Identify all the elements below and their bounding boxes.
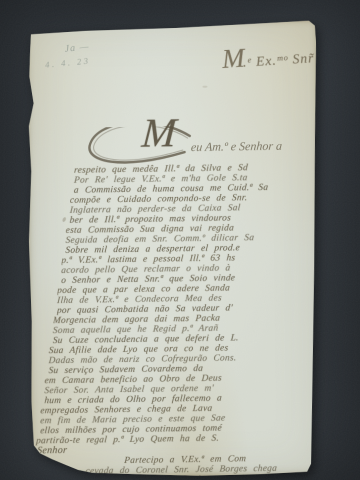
letter-initial: M: [141, 112, 176, 153]
heading-initial: M: [221, 43, 243, 74]
docket-line-2: 4. 4. 23: [45, 55, 91, 69]
closing-line: pello Ajudante Snr. José Soares d'Est: [92, 473, 293, 480]
heading-inscription: M.ᵉ Ex.ᵐᵒ Snr̃: [143, 38, 315, 79]
closing-lines: Partecipo a V.Ex.ª em Comcevada do Coron…: [0, 453, 294, 480]
opening-text: eu Am.º e Senhor a: [190, 139, 282, 155]
letter-body: M eu Am.º e Senhor a respeito que medêa …: [0, 120, 318, 480]
photo-background: Ja — 4. 4. 23 M.ᵉ Ex.ᵐᵒ Snr̃ M eu Am.º e…: [0, 0, 360, 480]
manuscript-page: Ja — 4. 4. 23 M.ᵉ Ex.ᵐᵒ Snr̃ M eu Am.º e…: [26, 19, 322, 480]
manuscript-lines: respeito que medêa Ill.ª da Silva e SdPo…: [3, 162, 315, 447]
opening-line: M eu Am.º e Senhor a: [24, 120, 319, 164]
heading-text: .ᵉ Ex.ᵐᵒ Snr̃: [242, 50, 314, 69]
ink-speck: [202, 86, 207, 88]
manuscript-page-wrap: Ja — 4. 4. 23 M.ᵉ Ex.ᵐᵒ Snr̃ M eu Am.º e…: [26, 19, 322, 480]
docket-line-1: Ja —: [64, 41, 90, 54]
